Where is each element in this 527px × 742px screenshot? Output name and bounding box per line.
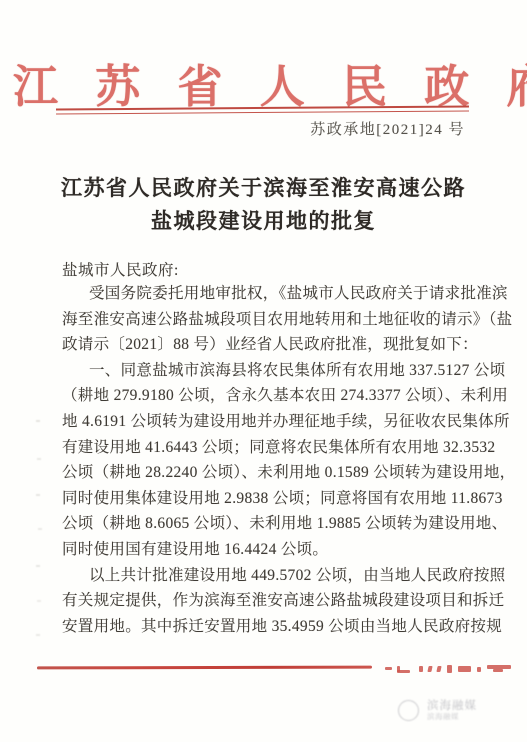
body-line: 一、同意盐城市滨海县将农民集体所有农用地 337.5127 公顷 <box>62 358 482 384</box>
footer-red-rule <box>37 666 372 670</box>
ink-bleed-specks <box>36 420 40 422</box>
document-title-line-1: 江苏省人民政府关于滨海至淮安高速公路 <box>0 172 527 205</box>
scan-artifact <box>447 665 452 673</box>
scan-artifact <box>477 667 481 672</box>
body-line: 有建设用地 41.6443 公顷；同意将农民集体所有农用地 32.3532 <box>62 435 482 461</box>
salutation: 盐城市人民政府: <box>62 258 179 280</box>
document-title: 江苏省人民政府关于滨海至淮安高速公路 盐城段建设用地的批复 <box>0 172 527 238</box>
body-line: （耕地 279.9180 公顷，含永久基本农田 274.3377 公顷）、未利用 <box>62 383 482 409</box>
watermark-logo-icon <box>398 700 419 721</box>
body-line: 地 4.6191 公顷转为建设用地并办理征地手续，另征收农民集体所 <box>62 409 482 435</box>
body-line: 公顷（耕地 8.6065 公顷）、未利用地 1.9885 公顷转为建设用地、 <box>62 511 482 537</box>
watermark-text: 滨海融媒 <box>427 700 477 712</box>
body-line: 公顷（耕地 28.2240 公顷）、未利用地 0.1589 公顷转为建设用地， <box>62 460 482 486</box>
body-line: 以上共计批准建设用地 449.5702 公顷，由当地人民政府按照 <box>62 563 482 589</box>
scan-artifact <box>436 666 441 672</box>
document-number: 苏政承地[2021]24 号 <box>310 118 465 139</box>
body-line: 海至淮安高速公路盐城段项目农用地转用和土地征收的请示》（盐 <box>62 307 482 333</box>
body-line: 同时使用集体建设用地 2.9838 公顷；同意将国有农用地 11.8673 <box>62 486 482 512</box>
body-line: 有关规定提供，作为滨海至淮安高速公路盐城段建设项目和拆迁 <box>62 588 482 614</box>
publisher-watermark: 滨海融媒 滨海融媒 <box>398 700 477 721</box>
scan-artifact <box>419 666 423 672</box>
scan-artifact <box>397 666 400 672</box>
body-line: 政请示〔2021〕88 号）业经省人民政府批准，现批复如下： <box>62 332 482 358</box>
scan-artifact <box>493 669 503 672</box>
scanned-official-document: 江 苏 省 人 民 政 府 苏政承地[2021]24 号 江苏省人民政府关于滨海… <box>0 0 527 742</box>
document-title-line-2: 盐城段建设用地的批复 <box>0 205 527 238</box>
document-body: 受国务院委托用地审批权，《盐城市人民政府关于请求批准滨 海至淮安高速公路盐城段项… <box>62 281 482 639</box>
scan-artifact <box>427 666 432 672</box>
scan-artifact <box>458 666 471 672</box>
scan-artifact <box>385 667 392 670</box>
body-line: 受国务院委托用地审批权，《盐城市人民政府关于请求批准滨 <box>62 281 482 307</box>
body-line: 同时使用国有建设用地 16.4424 公顷。 <box>62 537 482 563</box>
watermark-subtext: 滨海融媒 <box>427 712 477 721</box>
body-line: 安置用地。其中拆迁安置用地 35.4959 公顷由当地人民政府按规 <box>62 614 482 640</box>
